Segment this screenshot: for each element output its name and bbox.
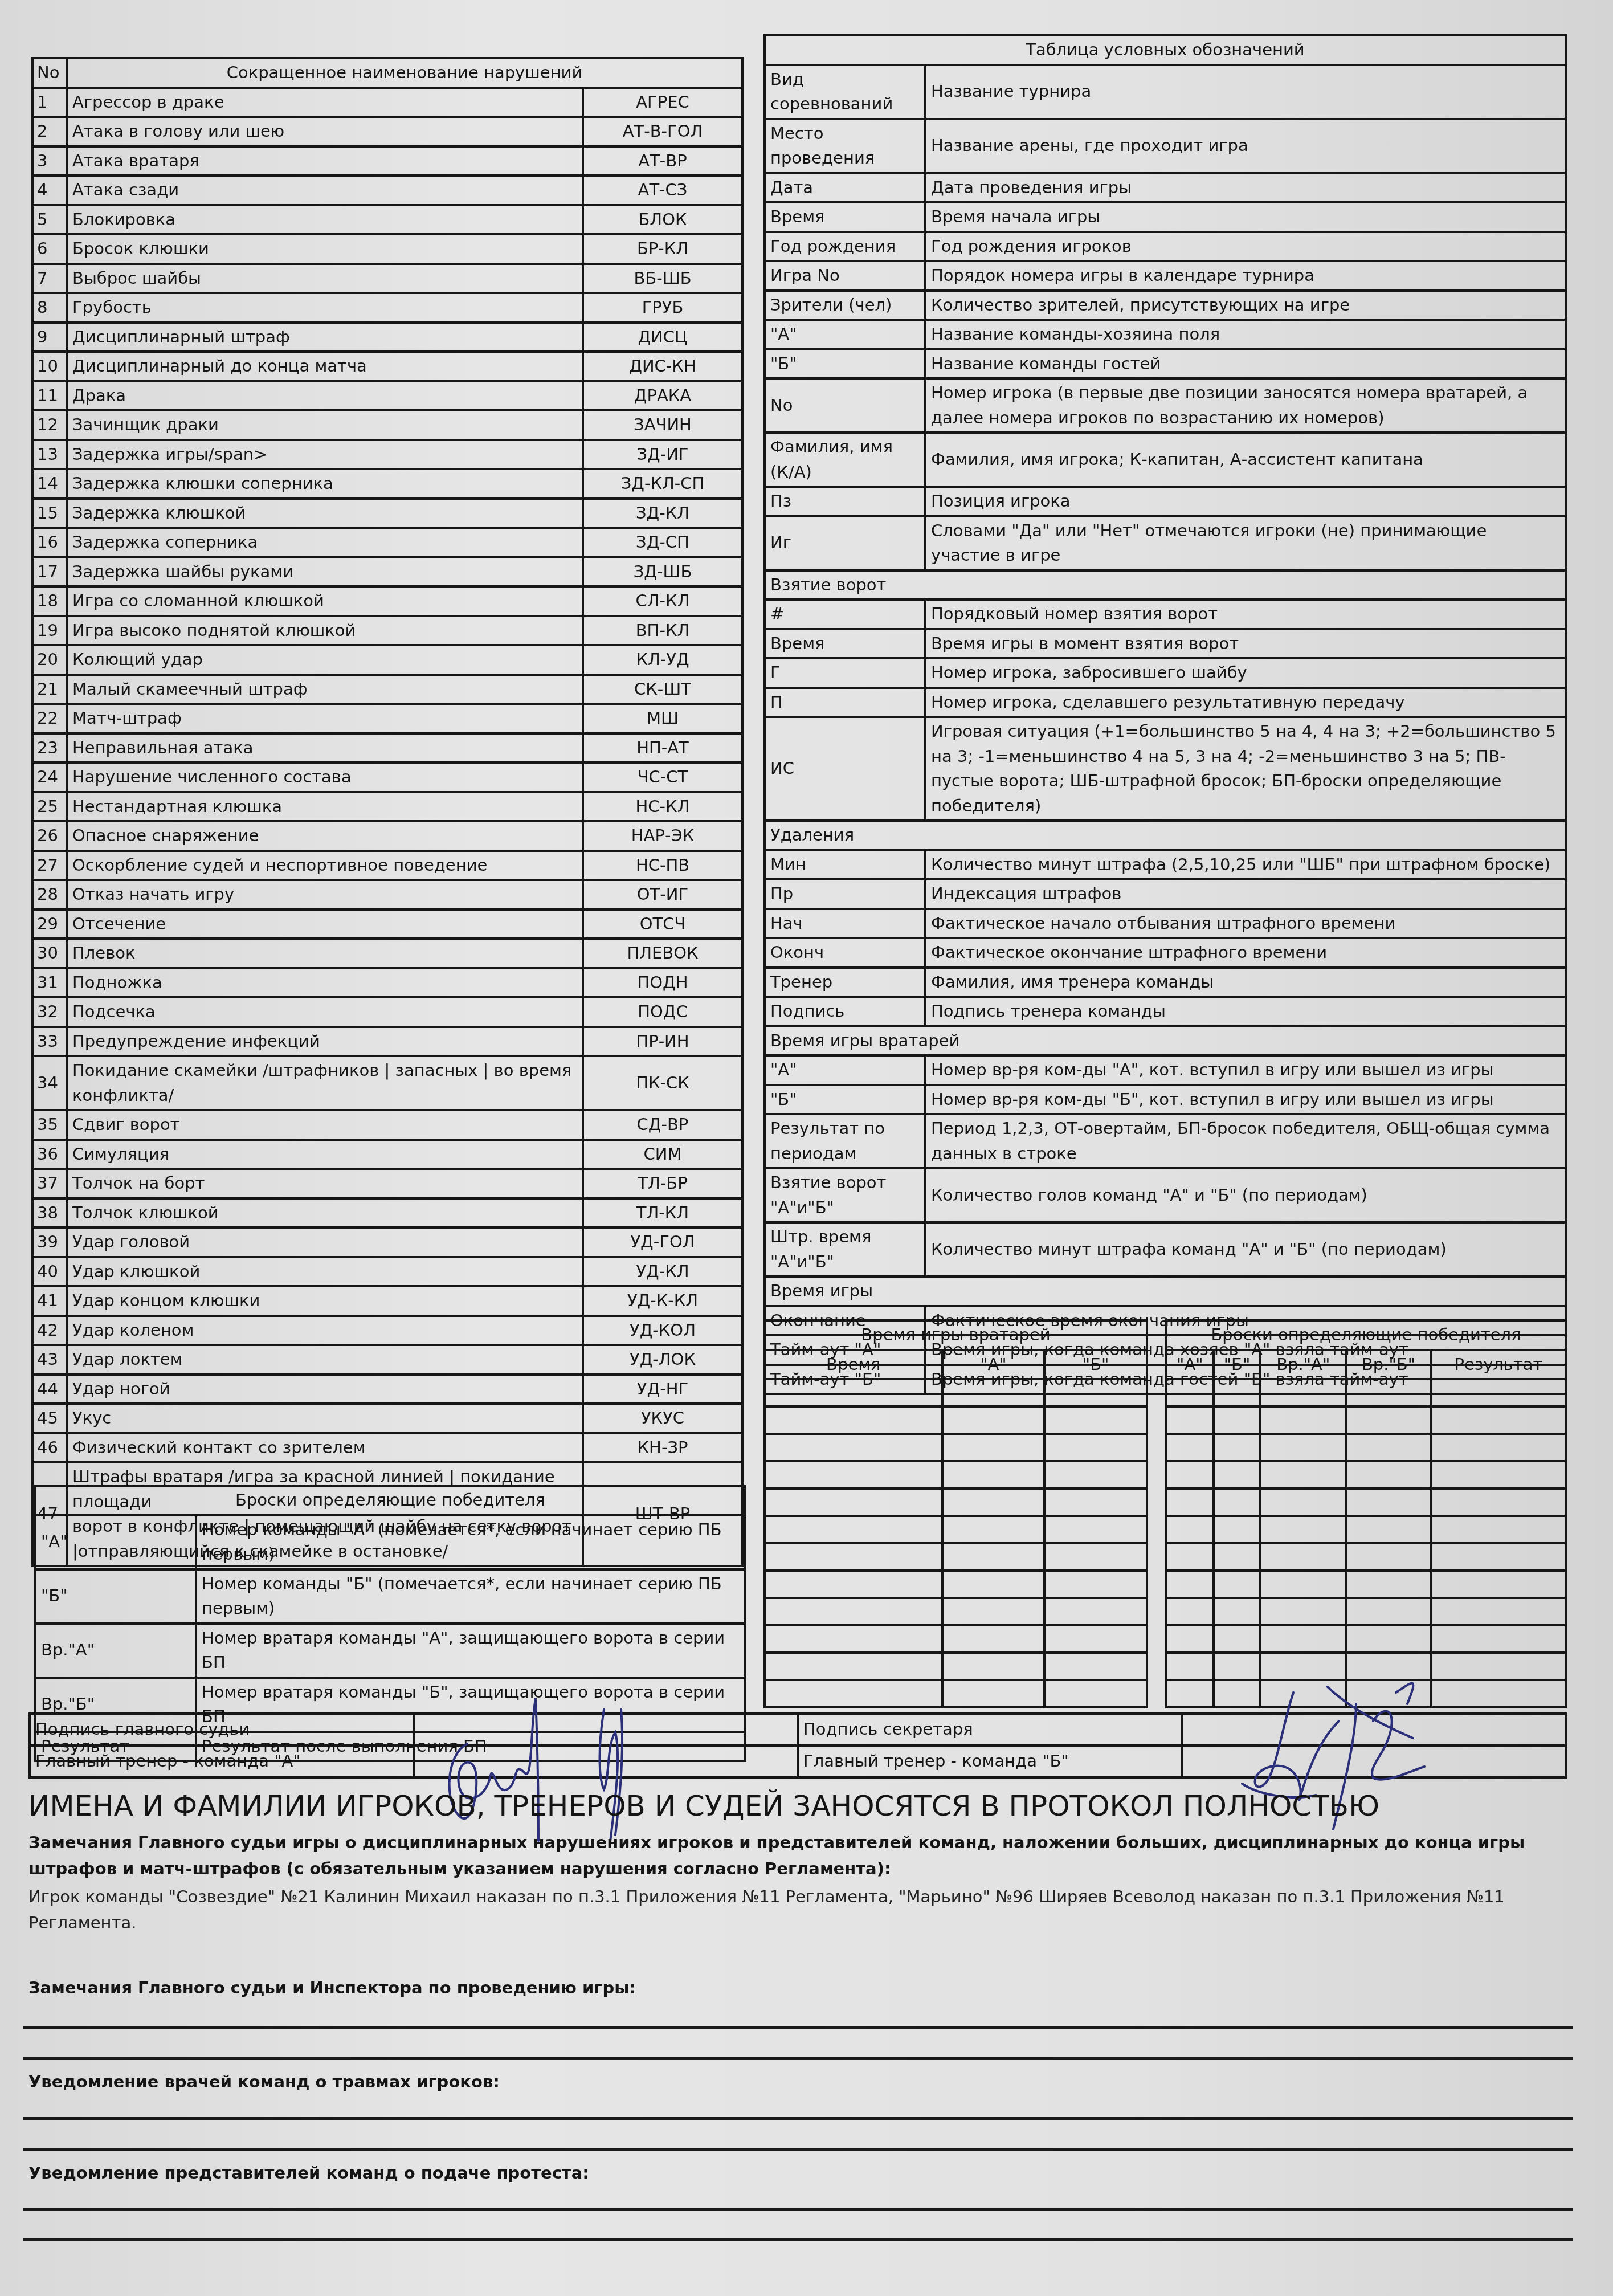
goalie-time-cell[interactable] bbox=[765, 1598, 942, 1625]
shootout-cell[interactable] bbox=[1166, 1680, 1214, 1707]
chief-referee-signature-label: Подпись главного судьи bbox=[30, 1714, 414, 1746]
legend-row: ДатаДата проведения игры bbox=[765, 173, 1566, 203]
violation-row: 6Бросок клюшкиБР-КЛ bbox=[32, 234, 742, 264]
legend-section-label: Удаления bbox=[765, 821, 1566, 850]
shootout-cell[interactable] bbox=[1260, 1680, 1346, 1707]
violation-code: НС-ПВ bbox=[583, 851, 742, 880]
violation-number: 22 bbox=[32, 704, 67, 733]
legend-value: Дата проведения игры bbox=[925, 173, 1566, 203]
legend-key: Результат по периодам bbox=[765, 1114, 925, 1168]
goalie-time-row bbox=[765, 1653, 1147, 1680]
goalie-time-cell[interactable] bbox=[942, 1625, 1045, 1653]
secretary-signature-label: Подпись секретаря bbox=[798, 1714, 1182, 1746]
shootout-cell[interactable] bbox=[1166, 1516, 1214, 1543]
shootout-cell[interactable] bbox=[1214, 1571, 1261, 1598]
goalie-time-cell[interactable] bbox=[1044, 1461, 1147, 1488]
violation-number: 24 bbox=[32, 762, 67, 792]
shootout-column-header: Вр."Б" bbox=[1346, 1350, 1431, 1380]
shootout-cell[interactable] bbox=[1166, 1406, 1214, 1434]
shootout-cell[interactable] bbox=[1346, 1488, 1431, 1516]
violation-row: 7Выброс шайбыВБ-ШБ bbox=[32, 264, 742, 293]
violation-code: ТЛ-БР bbox=[583, 1169, 742, 1198]
violation-code: ГРУБ bbox=[583, 293, 742, 323]
legend-value: Название турнира bbox=[925, 65, 1566, 119]
violation-name: Игра высоко поднятой клюшкой bbox=[67, 616, 583, 646]
legend-value: Номер игрока, забросившего шайбу bbox=[925, 658, 1566, 688]
violation-number: 19 bbox=[32, 616, 67, 646]
shootout-cell[interactable] bbox=[1346, 1434, 1431, 1461]
violation-number: 32 bbox=[32, 997, 67, 1027]
violation-name: Отсечение bbox=[67, 910, 583, 939]
shootout-legend-title: Броски определяющие победителя bbox=[35, 1486, 745, 1515]
coach-a-signature-field[interactable] bbox=[414, 1746, 798, 1777]
goalie-time-cell[interactable] bbox=[765, 1516, 942, 1543]
violation-name: Задержка соперника bbox=[67, 528, 583, 557]
legend-row: ИгСловами "Да" или "Нет" отмечаются игро… bbox=[765, 516, 1566, 570]
shootout-cell[interactable] bbox=[1260, 1488, 1346, 1516]
legend-section-row: Удаления bbox=[765, 821, 1566, 850]
violation-number: 37 bbox=[32, 1169, 67, 1198]
goalie-time-cell[interactable] bbox=[942, 1571, 1045, 1598]
legend-key: Год рождения bbox=[765, 232, 925, 262]
violation-number: 26 bbox=[32, 821, 67, 851]
legend-row: NoНомер игрока (в первые две позиции зан… bbox=[765, 378, 1566, 433]
goalie-time-cell[interactable] bbox=[942, 1379, 1045, 1406]
shootout-cell[interactable] bbox=[1346, 1571, 1431, 1598]
legend-row: ТренерФамилия, имя тренера команды bbox=[765, 968, 1566, 997]
shootout-row bbox=[1166, 1406, 1566, 1434]
violation-name: Агрессор в драке bbox=[67, 88, 583, 117]
injury-notice-line-2[interactable] bbox=[23, 2148, 1573, 2151]
violation-row: 21Малый скамеечный штрафСК-ШТ bbox=[32, 675, 742, 704]
violation-number: 23 bbox=[32, 733, 67, 763]
violation-row: 35Сдвиг воротСД-ВР bbox=[32, 1110, 742, 1140]
violation-number: 1 bbox=[32, 88, 67, 117]
goalie-time-cell[interactable] bbox=[765, 1434, 942, 1461]
legend-key: Подпись bbox=[765, 997, 925, 1026]
goalie-time-cell[interactable] bbox=[942, 1406, 1045, 1434]
violation-number: 36 bbox=[32, 1140, 67, 1169]
violation-number: 2 bbox=[32, 117, 67, 146]
shootout-cell[interactable] bbox=[1431, 1571, 1566, 1598]
violation-code: ОТСЧ bbox=[583, 910, 742, 939]
coach-b-signature-label: Главный тренер - команда "Б" bbox=[798, 1746, 1182, 1777]
violation-number: 17 bbox=[32, 557, 67, 587]
legend-value: Время начала игры bbox=[925, 202, 1566, 232]
shootout-cell[interactable] bbox=[1166, 1543, 1214, 1571]
shootout-cell[interactable] bbox=[1214, 1488, 1261, 1516]
shootout-cell[interactable] bbox=[1431, 1653, 1566, 1680]
violation-row: 40Удар клюшкойУД-КЛ bbox=[32, 1257, 742, 1287]
violation-row: 22Матч-штрафМШ bbox=[32, 704, 742, 733]
violations-no-header: No bbox=[32, 58, 67, 88]
violation-number: 10 bbox=[32, 352, 67, 381]
violation-number: 38 bbox=[32, 1198, 67, 1228]
violation-code: ВБ-ШБ bbox=[583, 264, 742, 293]
violation-row: 34Покидание скамейки /штрафников | запас… bbox=[32, 1056, 742, 1110]
goalie-time-title: Время игры вратарей bbox=[765, 1320, 1147, 1350]
shootout-cell[interactable] bbox=[1260, 1434, 1346, 1461]
violation-number: 31 bbox=[32, 968, 67, 998]
shootout-cell[interactable] bbox=[1214, 1461, 1261, 1488]
shootout-cell[interactable] bbox=[1260, 1653, 1346, 1680]
goalie-time-cell[interactable] bbox=[765, 1625, 942, 1653]
violation-row: 36СимуляцияСИМ bbox=[32, 1140, 742, 1169]
shootout-cell[interactable] bbox=[1431, 1680, 1566, 1707]
violation-row: 10Дисциплинарный до конца матчаДИС-КН bbox=[32, 352, 742, 381]
goalie-time-cell[interactable] bbox=[1044, 1434, 1147, 1461]
shootout-cell[interactable] bbox=[1260, 1543, 1346, 1571]
legend-key: Пз bbox=[765, 487, 925, 516]
shootout-cell[interactable] bbox=[1431, 1434, 1566, 1461]
shootout-cell[interactable] bbox=[1214, 1379, 1261, 1406]
violation-name: Удар локтем bbox=[67, 1345, 583, 1375]
violation-name: Оскорбление судей и неспортивное поведен… bbox=[67, 851, 583, 880]
goalie-time-cell[interactable] bbox=[1044, 1488, 1147, 1516]
violation-row: 30ПлевокПЛЕВОК bbox=[32, 939, 742, 968]
goalie-time-cell[interactable] bbox=[942, 1461, 1045, 1488]
shootout-cell[interactable] bbox=[1166, 1379, 1214, 1406]
violation-row: 44Удар ногойУД-НГ bbox=[32, 1375, 742, 1404]
legend-row: МинКоличество минут штрафа (2,5,10,25 ил… bbox=[765, 850, 1566, 880]
inspector-remarks-line-2[interactable] bbox=[23, 2057, 1573, 2060]
shootout-cell[interactable] bbox=[1214, 1680, 1261, 1707]
goalie-time-cell[interactable] bbox=[942, 1598, 1045, 1625]
legend-key: Штр. время "А"и"Б" bbox=[765, 1222, 925, 1277]
goalie-time-row bbox=[765, 1571, 1147, 1598]
legend-value: Номер игрока, сделавшего результативную … bbox=[925, 688, 1566, 717]
goalie-time-cell[interactable] bbox=[1044, 1379, 1147, 1406]
shootout-legend-key: "А" bbox=[35, 1515, 196, 1569]
goalie-time-cell[interactable] bbox=[942, 1434, 1045, 1461]
violation-code: ЧС-СТ bbox=[583, 762, 742, 792]
violation-code: НС-КЛ bbox=[583, 792, 742, 822]
violation-row: 32ПодсечкаПОДС bbox=[32, 997, 742, 1027]
violation-row: 43Удар локтемУД-ЛОК bbox=[32, 1345, 742, 1375]
violation-name: Задержка клюшкой bbox=[67, 499, 583, 528]
violation-row: 17Задержка шайбы рукамиЗД-ШБ bbox=[32, 557, 742, 587]
shootout-cell[interactable] bbox=[1431, 1543, 1566, 1571]
legend-row: #Порядковый номер взятия ворот bbox=[765, 600, 1566, 629]
violation-number: 28 bbox=[32, 880, 67, 910]
violation-number: 30 bbox=[32, 939, 67, 968]
protest-notice-line-1[interactable] bbox=[23, 2208, 1573, 2211]
violation-number: 20 bbox=[32, 645, 67, 675]
shootout-cell[interactable] bbox=[1431, 1461, 1566, 1488]
goalie-time-row bbox=[765, 1379, 1147, 1406]
shootout-cell[interactable] bbox=[1214, 1543, 1261, 1571]
shootout-cell[interactable] bbox=[1260, 1406, 1346, 1434]
shootout-cell[interactable] bbox=[1214, 1406, 1261, 1434]
shootout-cell[interactable] bbox=[1346, 1379, 1431, 1406]
goalie-time-row bbox=[765, 1543, 1147, 1571]
signatures-table: Подпись главного судьи Подпись секретаря… bbox=[28, 1712, 1567, 1779]
shootout-cell[interactable] bbox=[1166, 1461, 1214, 1488]
violation-name: Задержка игры/span> bbox=[67, 440, 583, 470]
inspector-remarks-line-1[interactable] bbox=[23, 2026, 1573, 2029]
violation-code: ЗД-КЛ bbox=[583, 499, 742, 528]
legend-value: Порядок номера игры в календаре турнира bbox=[925, 261, 1566, 291]
violation-name: Матч-штраф bbox=[67, 704, 583, 733]
violation-name: Физический контакт со зрителем bbox=[67, 1433, 583, 1463]
legend-section-label: Взятие ворот bbox=[765, 570, 1566, 600]
shootout-cell[interactable] bbox=[1431, 1516, 1566, 1543]
goalie-time-row bbox=[765, 1516, 1147, 1543]
shootout-cell[interactable] bbox=[1166, 1434, 1214, 1461]
shootout-cell[interactable] bbox=[1346, 1653, 1431, 1680]
legend-value: Фамилия, имя тренера команды bbox=[925, 968, 1566, 997]
shootout-cell[interactable] bbox=[1166, 1653, 1214, 1680]
goalie-time-cell[interactable] bbox=[942, 1543, 1045, 1571]
violation-number: 14 bbox=[32, 469, 67, 499]
disciplinary-remarks-text[interactable]: Игрок команды "Созвездие" №21 Калинин Ми… bbox=[28, 1883, 1567, 1936]
goalie-time-row bbox=[765, 1598, 1147, 1625]
goalie-time-cell[interactable] bbox=[1044, 1406, 1147, 1434]
shootout-legend-key: "Б" bbox=[35, 1569, 196, 1624]
goalie-time-cell[interactable] bbox=[765, 1543, 942, 1571]
legend-table: Таблица условных обозначений Вид соревно… bbox=[763, 34, 1567, 1395]
shootout-cell[interactable] bbox=[1260, 1516, 1346, 1543]
goalie-time-cell[interactable] bbox=[765, 1571, 942, 1598]
violation-code: УД-КЛ bbox=[583, 1257, 742, 1287]
shootout-cell[interactable] bbox=[1166, 1571, 1214, 1598]
goalie-time-cell[interactable] bbox=[942, 1488, 1045, 1516]
shootout-row bbox=[1166, 1488, 1566, 1516]
legend-key: Пр bbox=[765, 879, 925, 909]
legend-key: Дата bbox=[765, 173, 925, 203]
violation-number: 34 bbox=[32, 1056, 67, 1110]
shootout-cell[interactable] bbox=[1214, 1598, 1261, 1625]
violation-row: 18Игра со сломанной клюшкойСЛ-КЛ bbox=[32, 586, 742, 616]
shootout-cell[interactable] bbox=[1346, 1406, 1431, 1434]
violation-code: УД-К-КЛ bbox=[583, 1286, 742, 1316]
violation-number: 40 bbox=[32, 1257, 67, 1287]
violation-number: 16 bbox=[32, 528, 67, 557]
violation-row: 45УкусУКУС bbox=[32, 1404, 742, 1433]
shootout-cell[interactable] bbox=[1346, 1543, 1431, 1571]
violation-code: НАР-ЭК bbox=[583, 821, 742, 851]
violation-name: Блокировка bbox=[67, 205, 583, 235]
goalie-time-cell[interactable] bbox=[1044, 1625, 1147, 1653]
shootout-cell[interactable] bbox=[1431, 1598, 1566, 1625]
violation-number: 41 bbox=[32, 1286, 67, 1316]
violation-name: Выброс шайбы bbox=[67, 264, 583, 293]
legend-value: Количество зрителей, присутствующих на и… bbox=[925, 291, 1566, 320]
shootout-cell[interactable] bbox=[1214, 1653, 1261, 1680]
legend-value: Позиция игрока bbox=[925, 487, 1566, 516]
goalie-time-cell[interactable] bbox=[1044, 1543, 1147, 1571]
violation-code: СД-ВР bbox=[583, 1110, 742, 1140]
legend-row: Взятие ворот "А"и"Б"Количество голов ком… bbox=[765, 1168, 1566, 1222]
violation-name: Бросок клюшки bbox=[67, 234, 583, 264]
legend-row: Зрители (чел)Количество зрителей, присут… bbox=[765, 291, 1566, 320]
legend-key: Иг bbox=[765, 516, 925, 570]
shootout-row bbox=[1166, 1571, 1566, 1598]
shootout-cell[interactable] bbox=[1346, 1598, 1431, 1625]
shootout-cell[interactable] bbox=[1431, 1379, 1566, 1406]
shootout-cell[interactable] bbox=[1166, 1488, 1214, 1516]
violation-name: Грубость bbox=[67, 293, 583, 323]
violation-name: Удар головой bbox=[67, 1227, 583, 1257]
legend-key: No bbox=[765, 378, 925, 433]
goalie-time-cell[interactable] bbox=[1044, 1571, 1147, 1598]
violation-row: 26Опасное снаряжениеНАР-ЭК bbox=[32, 821, 742, 851]
goalie-time-cell[interactable] bbox=[765, 1680, 942, 1707]
shootout-cell[interactable] bbox=[1214, 1625, 1261, 1653]
legend-key: Тренер bbox=[765, 968, 925, 997]
protest-notice-line-2[interactable] bbox=[23, 2238, 1573, 2241]
goalie-time-cell[interactable] bbox=[1044, 1653, 1147, 1680]
violation-number: 21 bbox=[32, 675, 67, 704]
violation-row: 11ДракаДРАКА bbox=[32, 381, 742, 411]
legend-key: # bbox=[765, 600, 925, 629]
legend-value: Название команды гостей bbox=[925, 349, 1566, 379]
legend-key: Зрители (чел) bbox=[765, 291, 925, 320]
goalie-time-cell[interactable] bbox=[765, 1461, 942, 1488]
legend-row: Место проведенияНазвание арены, где прох… bbox=[765, 119, 1566, 173]
legend-value: Порядковый номер взятия ворот bbox=[925, 600, 1566, 629]
violation-name: Атака вратаря bbox=[67, 146, 583, 176]
secretary-signature-field[interactable] bbox=[1182, 1714, 1566, 1746]
violation-row: 12Зачинщик дракиЗАЧИН bbox=[32, 410, 742, 440]
violation-code: УД-ЛОК bbox=[583, 1345, 742, 1375]
goalie-time-cell[interactable] bbox=[942, 1653, 1045, 1680]
violation-code: ПК-СК bbox=[583, 1056, 742, 1110]
violation-row: 19Игра высоко поднятой клюшкойВП-КЛ bbox=[32, 616, 742, 646]
goalie-time-row bbox=[765, 1434, 1147, 1461]
shootout-cell[interactable] bbox=[1346, 1461, 1431, 1488]
coach-b-signature-field[interactable] bbox=[1182, 1746, 1566, 1777]
legend-key: Фамилия, имя (К/А) bbox=[765, 433, 925, 487]
shootout-row bbox=[1166, 1434, 1566, 1461]
violation-number: 5 bbox=[32, 205, 67, 235]
shootout-cell[interactable] bbox=[1260, 1598, 1346, 1625]
goalie-time-row bbox=[765, 1625, 1147, 1653]
legend-row: Штр. время "А"и"Б"Количество минут штраф… bbox=[765, 1222, 1566, 1277]
goalie-time-cell[interactable] bbox=[1044, 1598, 1147, 1625]
violation-row: 16Задержка соперникаЗД-СП bbox=[32, 528, 742, 557]
violation-row: 42Удар коленомУД-КОЛ bbox=[32, 1316, 742, 1345]
violation-row: 5БлокировкаБЛОК bbox=[32, 205, 742, 235]
legend-key: Мин bbox=[765, 850, 925, 880]
violations-table: No Сокращенное наименование нарушений 1А… bbox=[31, 57, 744, 1567]
legend-value: Фактическое начало отбывания штрафного в… bbox=[925, 909, 1566, 939]
legend-row: "А"Номер вр-ря ком-ды "А", кот. вступил … bbox=[765, 1055, 1566, 1085]
shootout-cell[interactable] bbox=[1214, 1516, 1261, 1543]
shootout-legend-key: Вр."А" bbox=[35, 1624, 196, 1678]
chief-referee-signature-field[interactable] bbox=[414, 1714, 798, 1746]
shootout-cell[interactable] bbox=[1260, 1571, 1346, 1598]
violation-code: МШ bbox=[583, 704, 742, 733]
shootout-legend-value: Номер команды "А" (помечается*, если нач… bbox=[196, 1515, 745, 1569]
legend-section-row: Время игры вратарей bbox=[765, 1026, 1566, 1056]
shootout-cell[interactable] bbox=[1166, 1598, 1214, 1625]
violation-code: ПР-ИН bbox=[583, 1027, 742, 1057]
legend-section-label: Время игры bbox=[765, 1277, 1566, 1306]
legend-row: Год рожденияГод рождения игроков bbox=[765, 232, 1566, 262]
goalie-time-cell[interactable] bbox=[765, 1488, 942, 1516]
goalie-time-cell[interactable] bbox=[765, 1379, 942, 1406]
violation-row: 13Задержка игры/span>ЗД-ИГ bbox=[32, 440, 742, 470]
violation-name: Подножка bbox=[67, 968, 583, 998]
shootout-cell[interactable] bbox=[1214, 1434, 1261, 1461]
violation-row: 28Отказ начать игруОТ-ИГ bbox=[32, 880, 742, 910]
shootout-cell[interactable] bbox=[1260, 1379, 1346, 1406]
legend-value: Номер игрока (в первые две позиции занос… bbox=[925, 378, 1566, 433]
shootout-legend-row: "А"Номер команды "А" (помечается*, если … bbox=[35, 1515, 745, 1569]
violation-code: УД-КОЛ bbox=[583, 1316, 742, 1345]
legend-section-row: Время игры bbox=[765, 1277, 1566, 1306]
shootout-row bbox=[1166, 1598, 1566, 1625]
violation-code: ЗД-ИГ bbox=[583, 440, 742, 470]
shootout-legend-value: Номер вратаря команды "А", защищающего в… bbox=[196, 1624, 745, 1678]
violation-name: Атака в голову или шею bbox=[67, 117, 583, 146]
violation-name: Опасное снаряжение bbox=[67, 821, 583, 851]
goalie-time-cell[interactable] bbox=[942, 1680, 1045, 1707]
shootout-cell[interactable] bbox=[1260, 1461, 1346, 1488]
shootout-row bbox=[1166, 1625, 1566, 1653]
violation-code: ДРАКА bbox=[583, 381, 742, 411]
legend-value: Номер вр-ря ком-ды "Б", кот. вступил в и… bbox=[925, 1085, 1566, 1115]
violation-code: УД-НГ bbox=[583, 1375, 742, 1404]
goalie-time-cell[interactable] bbox=[765, 1406, 942, 1434]
violation-number: 6 bbox=[32, 234, 67, 264]
violation-row: 31ПодножкаПОДН bbox=[32, 968, 742, 998]
shootout-cell[interactable] bbox=[1431, 1625, 1566, 1653]
goalie-time-cell[interactable] bbox=[1044, 1516, 1147, 1543]
violation-number: 9 bbox=[32, 323, 67, 352]
violation-number: 33 bbox=[32, 1027, 67, 1057]
violation-number: 8 bbox=[32, 293, 67, 323]
shootout-cell[interactable] bbox=[1260, 1625, 1346, 1653]
violation-row: 38Толчок клюшкойТЛ-КЛ bbox=[32, 1198, 742, 1228]
shootout-column-header: "А" bbox=[1166, 1350, 1214, 1380]
injury-notice-line-1[interactable] bbox=[23, 2117, 1573, 2120]
legend-key: Время bbox=[765, 202, 925, 232]
shootout-cell[interactable] bbox=[1346, 1516, 1431, 1543]
shootout-cell[interactable] bbox=[1431, 1406, 1566, 1434]
shootout-cell[interactable] bbox=[1166, 1625, 1214, 1653]
violation-code: СЛ-КЛ bbox=[583, 586, 742, 616]
legend-value: Фамилия, имя игрока; К-капитан, А-ассист… bbox=[925, 433, 1566, 487]
shootout-cell[interactable] bbox=[1346, 1625, 1431, 1653]
legend-row: Фамилия, имя (К/А)Фамилия, имя игрока; К… bbox=[765, 433, 1566, 487]
violation-row: 23Неправильная атакаНП-АТ bbox=[32, 733, 742, 763]
violation-name: Дисциплинарный штраф bbox=[67, 323, 583, 352]
disciplinary-remarks-heading: Замечания Главного судьи игры о дисципли… bbox=[28, 1829, 1567, 1882]
goalie-time-cell[interactable] bbox=[1044, 1680, 1147, 1707]
shootout-cell[interactable] bbox=[1346, 1680, 1431, 1707]
goalie-time-grid: Время игры вратарей Время"А""Б" bbox=[763, 1319, 1148, 1708]
violation-code: ТЛ-КЛ bbox=[583, 1198, 742, 1228]
goalie-time-cell[interactable] bbox=[765, 1653, 942, 1680]
legend-row: Результат по периодамПериод 1,2,3, ОТ-ов… bbox=[765, 1114, 1566, 1168]
shootout-row bbox=[1166, 1516, 1566, 1543]
legend-key: Время bbox=[765, 629, 925, 659]
shootout-cell[interactable] bbox=[1431, 1488, 1566, 1516]
violation-number: 42 bbox=[32, 1316, 67, 1345]
violation-row: 24Нарушение численного составаЧС-СТ bbox=[32, 762, 742, 792]
goalie-time-cell[interactable] bbox=[942, 1516, 1045, 1543]
legend-value: Количество минут штрафа (2,5,10,25 или "… bbox=[925, 850, 1566, 880]
legend-row: ПзПозиция игрока bbox=[765, 487, 1566, 516]
legend-key: Оконч bbox=[765, 938, 925, 968]
violation-code: ЗД-ШБ bbox=[583, 557, 742, 587]
violation-name: Удар ногой bbox=[67, 1375, 583, 1404]
violation-code: БЛОК bbox=[583, 205, 742, 235]
violation-code: ВП-КЛ bbox=[583, 616, 742, 646]
legend-row: ИСИгровая ситуация (+1=большинство 5 на … bbox=[765, 717, 1566, 821]
